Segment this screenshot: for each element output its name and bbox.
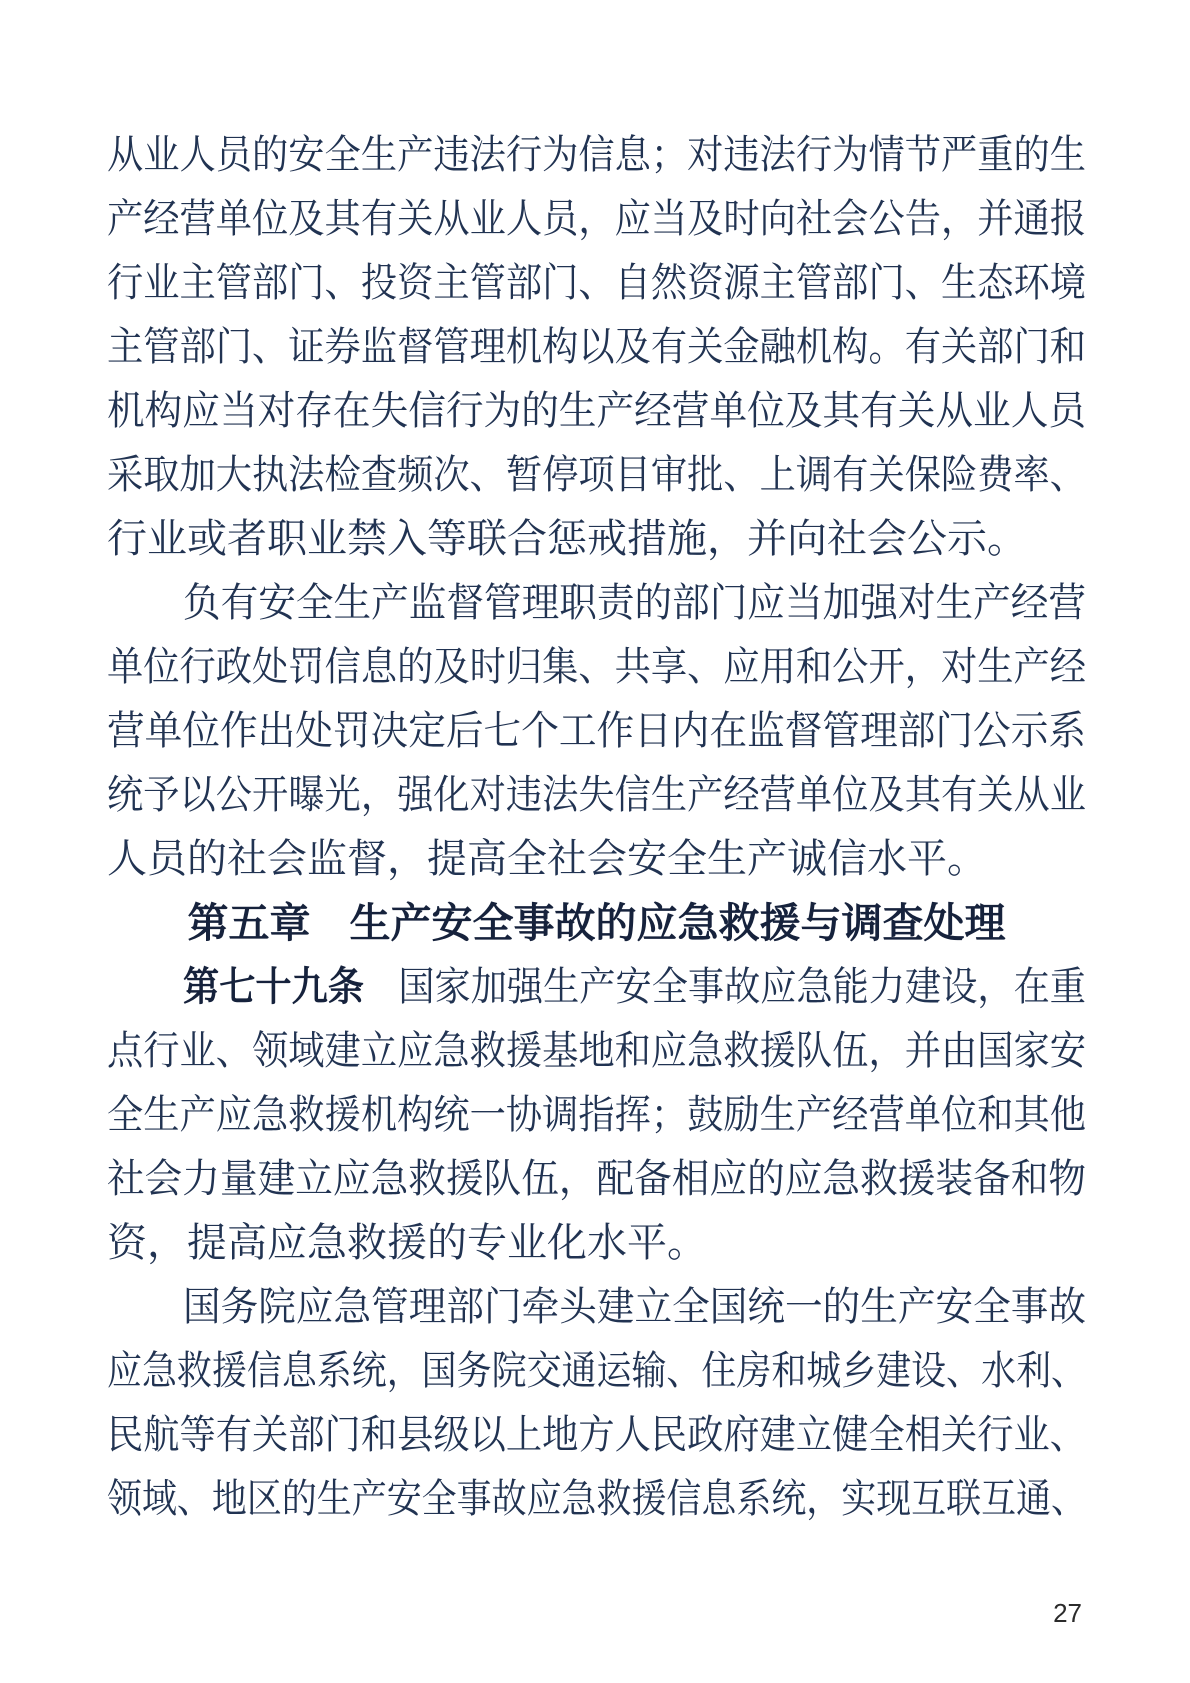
line-content: 从业人员的安全生产违法行为信息；对违法行为情节严重的生 <box>107 123 1086 187</box>
text-line: 社会力量建立应急救援队伍，配备相应的应急救援装备和物 <box>107 1147 1086 1211</box>
text-line: 全生产应急救援机构统一协调指挥；鼓励生产经营单位和其他 <box>107 1083 1086 1147</box>
line-text: 国家加强生产安全事故应急能力建设，在重 <box>398 964 1086 1009</box>
line-content: 全生产应急救援机构统一协调指挥；鼓励生产经营单位和其他 <box>107 1083 1086 1147</box>
line-content: 人员的社会监督，提高全社会安全生产诚信水平。 <box>107 827 987 891</box>
text-line: 从业人员的安全生产违法行为信息；对违法行为情节严重的生 <box>107 123 1086 187</box>
text-line: 统予以公开曝光，强化对违法失信生产经营单位及其有关从业 <box>107 763 1086 827</box>
line-text: 民航等有关部门和县级以上地方人民政府建立健全相关行业、 <box>107 1412 1086 1457</box>
text-line: 民航等有关部门和县级以上地方人民政府建立健全相关行业、 <box>107 1403 1086 1467</box>
page-number: 27 <box>1053 1598 1082 1628</box>
text-line: 营单位作出处罚决定后七个工作日内在监督管理部门公示系 <box>107 699 1086 763</box>
line-content: 机构应当对存在失信行为的生产经营单位及其有关从业人员 <box>107 379 1086 443</box>
chapter-number: 第五章 <box>188 900 311 946</box>
line-content: 点行业、领域建立应急救援基地和应急救援队伍，并由国家安 <box>107 1019 1086 1083</box>
text-line: 国务院应急管理部门牵头建立全国统一的生产安全事故 <box>107 1275 1086 1339</box>
text-line: 采取加大执法检查频次、暂停项目审批、上调有关保险费率、 <box>107 443 1086 507</box>
line-content: 行业或者职业禁入等联合惩戒措施，并向社会公示。 <box>107 507 1027 571</box>
line-text: 产经营单位及其有关从业人员，应当及时向社会公告，并通报 <box>107 196 1086 241</box>
line-content: 国务院应急管理部门牵头建立全国统一的生产安全事故 <box>183 1275 1086 1339</box>
line-content: 资，提高应急救援的专业化水平。 <box>107 1211 707 1275</box>
line-content: 负有安全生产监督管理职责的部门应当加强对生产经营 <box>183 571 1086 635</box>
line-text: 应急救援信息系统，国务院交通运输、住房和城乡建设、水利、 <box>107 1348 1086 1393</box>
line-text: 采取加大执法检查频次、暂停项目审批、上调有关保险费率、 <box>107 452 1086 497</box>
text-line: 领域、地区的生产安全事故应急救援信息系统，实现互联互通、 <box>107 1467 1086 1531</box>
line-text: 领域、地区的生产安全事故应急救援信息系统，实现互联互通、 <box>107 1476 1086 1521</box>
text-line: 单位行政处罚信息的及时归集、共享、应用和公开，对生产经 <box>107 635 1086 699</box>
text-line: 点行业、领域建立应急救援基地和应急救援队伍，并由国家安 <box>107 1019 1086 1083</box>
line-content: 采取加大执法检查频次、暂停项目审批、上调有关保险费率、 <box>107 443 1086 507</box>
text-line: 第七十九条国家加强生产安全事故应急能力建设，在重 <box>107 955 1086 1019</box>
line-content: 产经营单位及其有关从业人员，应当及时向社会公告，并通报 <box>107 187 1086 251</box>
text-line: 产经营单位及其有关从业人员，应当及时向社会公告，并通报 <box>107 187 1086 251</box>
text-line: 人员的社会监督，提高全社会安全生产诚信水平。 <box>107 827 1086 891</box>
line-text: 营单位作出处罚决定后七个工作日内在监督管理部门公示系 <box>107 708 1086 753</box>
line-text: 行业或者职业禁入等联合惩戒措施，并向社会公示。 <box>107 516 1027 561</box>
line-text: 点行业、领域建立应急救援基地和应急救援队伍，并由国家安 <box>107 1028 1086 1073</box>
line-content: 单位行政处罚信息的及时归集、共享、应用和公开，对生产经 <box>107 635 1086 699</box>
line-text: 社会力量建立应急救援队伍，配备相应的应急救援装备和物 <box>107 1156 1086 1201</box>
text-line: 负有安全生产监督管理职责的部门应当加强对生产经营 <box>107 571 1086 635</box>
document-body: 从业人员的安全生产违法行为信息；对违法行为情节严重的生产经营单位及其有关从业人员… <box>107 123 1086 1531</box>
line-text: 从业人员的安全生产违法行为信息；对违法行为情节严重的生 <box>107 132 1086 177</box>
line-text: 资，提高应急救援的专业化水平。 <box>107 1220 707 1265</box>
text-line: 行业主管部门、投资主管部门、自然资源主管部门、生态环境 <box>107 251 1086 315</box>
line-text: 负有安全生产监督管理职责的部门应当加强对生产经营 <box>183 580 1086 625</box>
line-content: 应急救援信息系统，国务院交通运输、住房和城乡建设、水利、 <box>107 1339 1086 1403</box>
article-number: 第七十九条 <box>183 965 364 1009</box>
line-text: 全生产应急救援机构统一协调指挥；鼓励生产经营单位和其他 <box>107 1092 1086 1137</box>
line-text: 单位行政处罚信息的及时归集、共享、应用和公开，对生产经 <box>107 644 1086 689</box>
text-line: 应急救援信息系统，国务院交通运输、住房和城乡建设、水利、 <box>107 1339 1086 1403</box>
chapter-title: 生产安全事故的应急救援与调查处理 <box>349 900 1005 946</box>
line-text: 统予以公开曝光，强化对违法失信生产经营单位及其有关从业 <box>107 772 1086 817</box>
chapter-heading: 第五章生产安全事故的应急救援与调查处理 <box>107 891 1086 955</box>
line-content: 主管部门、证券监督管理机构以及有关金融机构。有关部门和 <box>107 315 1086 379</box>
line-content: 统予以公开曝光，强化对违法失信生产经营单位及其有关从业 <box>107 763 1086 827</box>
text-line: 机构应当对存在失信行为的生产经营单位及其有关从业人员 <box>107 379 1086 443</box>
line-content: 民航等有关部门和县级以上地方人民政府建立健全相关行业、 <box>107 1403 1086 1467</box>
line-content: 营单位作出处罚决定后七个工作日内在监督管理部门公示系 <box>107 699 1086 763</box>
text-line: 资，提高应急救援的专业化水平。 <box>107 1211 1086 1275</box>
line-text: 机构应当对存在失信行为的生产经营单位及其有关从业人员 <box>107 388 1086 433</box>
text-line: 行业或者职业禁入等联合惩戒措施，并向社会公示。 <box>107 507 1086 571</box>
line-content: 领域、地区的生产安全事故应急救援信息系统，实现互联互通、 <box>107 1467 1086 1531</box>
line-text: 人员的社会监督，提高全社会安全生产诚信水平。 <box>107 836 987 881</box>
line-text: 主管部门、证券监督管理机构以及有关金融机构。有关部门和 <box>107 324 1086 369</box>
text-line: 主管部门、证券监督管理机构以及有关金融机构。有关部门和 <box>107 315 1086 379</box>
document-page: 从业人员的安全生产违法行为信息；对违法行为情节严重的生产经营单位及其有关从业人员… <box>0 0 1190 1683</box>
line-content: 第五章生产安全事故的应急救援与调查处理 <box>188 891 1006 955</box>
line-text: 行业主管部门、投资主管部门、自然资源主管部门、生态环境 <box>107 260 1086 305</box>
line-content: 第七十九条国家加强生产安全事故应急能力建设，在重 <box>183 955 1086 1019</box>
line-text: 国务院应急管理部门牵头建立全国统一的生产安全事故 <box>183 1284 1086 1329</box>
line-content: 行业主管部门、投资主管部门、自然资源主管部门、生态环境 <box>107 251 1086 315</box>
line-content: 社会力量建立应急救援队伍，配备相应的应急救援装备和物 <box>107 1147 1086 1211</box>
